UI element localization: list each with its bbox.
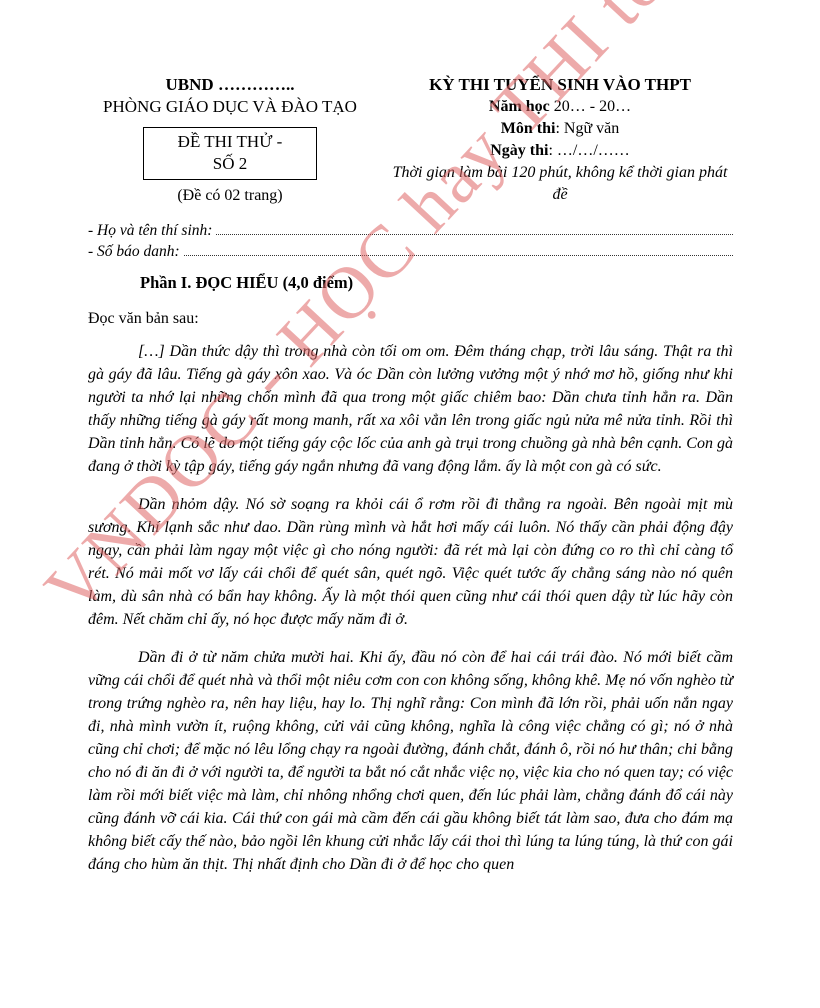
exam-label-box: ĐỀ THI THỬ - SỐ 2 (143, 127, 317, 180)
exam-title: KỲ THI TUYỂN SINH VÀO THPT (380, 74, 740, 96)
subject-label: Môn thi (501, 120, 556, 137)
candidate-name-label: - Họ và tên thí sinh: (88, 220, 212, 241)
candidate-id-blank (184, 241, 733, 256)
subject-value: : Ngữ văn (555, 120, 619, 137)
candidate-fields: - Họ và tên thí sinh: - Số báo danh: (88, 220, 733, 262)
candidate-id-field: - Số báo danh: (88, 241, 733, 262)
passage-paragraph: Dần đi ở từ năm chửa mười hai. Khi ấy, đ… (88, 646, 733, 876)
section-title: Phần I. ĐỌC HIỂU (4,0 điểm) (140, 273, 353, 293)
school-year-label: Năm học (489, 98, 550, 115)
candidate-name-blank (216, 220, 733, 235)
subject: Môn thi: Ngữ văn (380, 118, 740, 140)
exam-date: Ngày thi: …/…/…… (380, 140, 740, 162)
reading-passage: […] Dần thức dậy thì trong nhà còn tối o… (88, 340, 733, 891)
school-year: Năm học 20… - 20… (380, 96, 740, 118)
header-left: UBND ………….. PHÒNG GIÁO DỤC VÀ ĐÀO TẠO ĐỀ… (80, 74, 380, 207)
authority-line: UBND ………….. (80, 74, 380, 96)
duration-note: Thời gian làm bài 120 phút, không kể thờ… (380, 162, 740, 206)
passage-paragraph: Dần nhỏm dậy. Nó sờ soạng ra khỏi cái ổ … (88, 493, 733, 631)
exam-date-value: : …/…/…… (548, 142, 629, 159)
exam-page: UBND ………….. PHÒNG GIÁO DỤC VÀ ĐÀO TẠO ĐỀ… (0, 0, 820, 1008)
candidate-name-field: - Họ và tên thí sinh: (88, 220, 733, 241)
passage-paragraph: […] Dần thức dậy thì trong nhà còn tối o… (88, 340, 733, 478)
section-intro: Đọc văn bản sau: (88, 310, 199, 328)
department-line: PHÒNG GIÁO DỤC VÀ ĐÀO TẠO (80, 96, 380, 118)
candidate-id-label: - Số báo danh: (88, 241, 180, 262)
school-year-value: 20… - 20… (550, 98, 631, 115)
exam-date-label: Ngày thi (490, 142, 548, 159)
header-right: KỲ THI TUYỂN SINH VÀO THPT Năm học 20… -… (380, 74, 740, 206)
page-count-note: (Đề có 02 trang) (80, 185, 380, 207)
